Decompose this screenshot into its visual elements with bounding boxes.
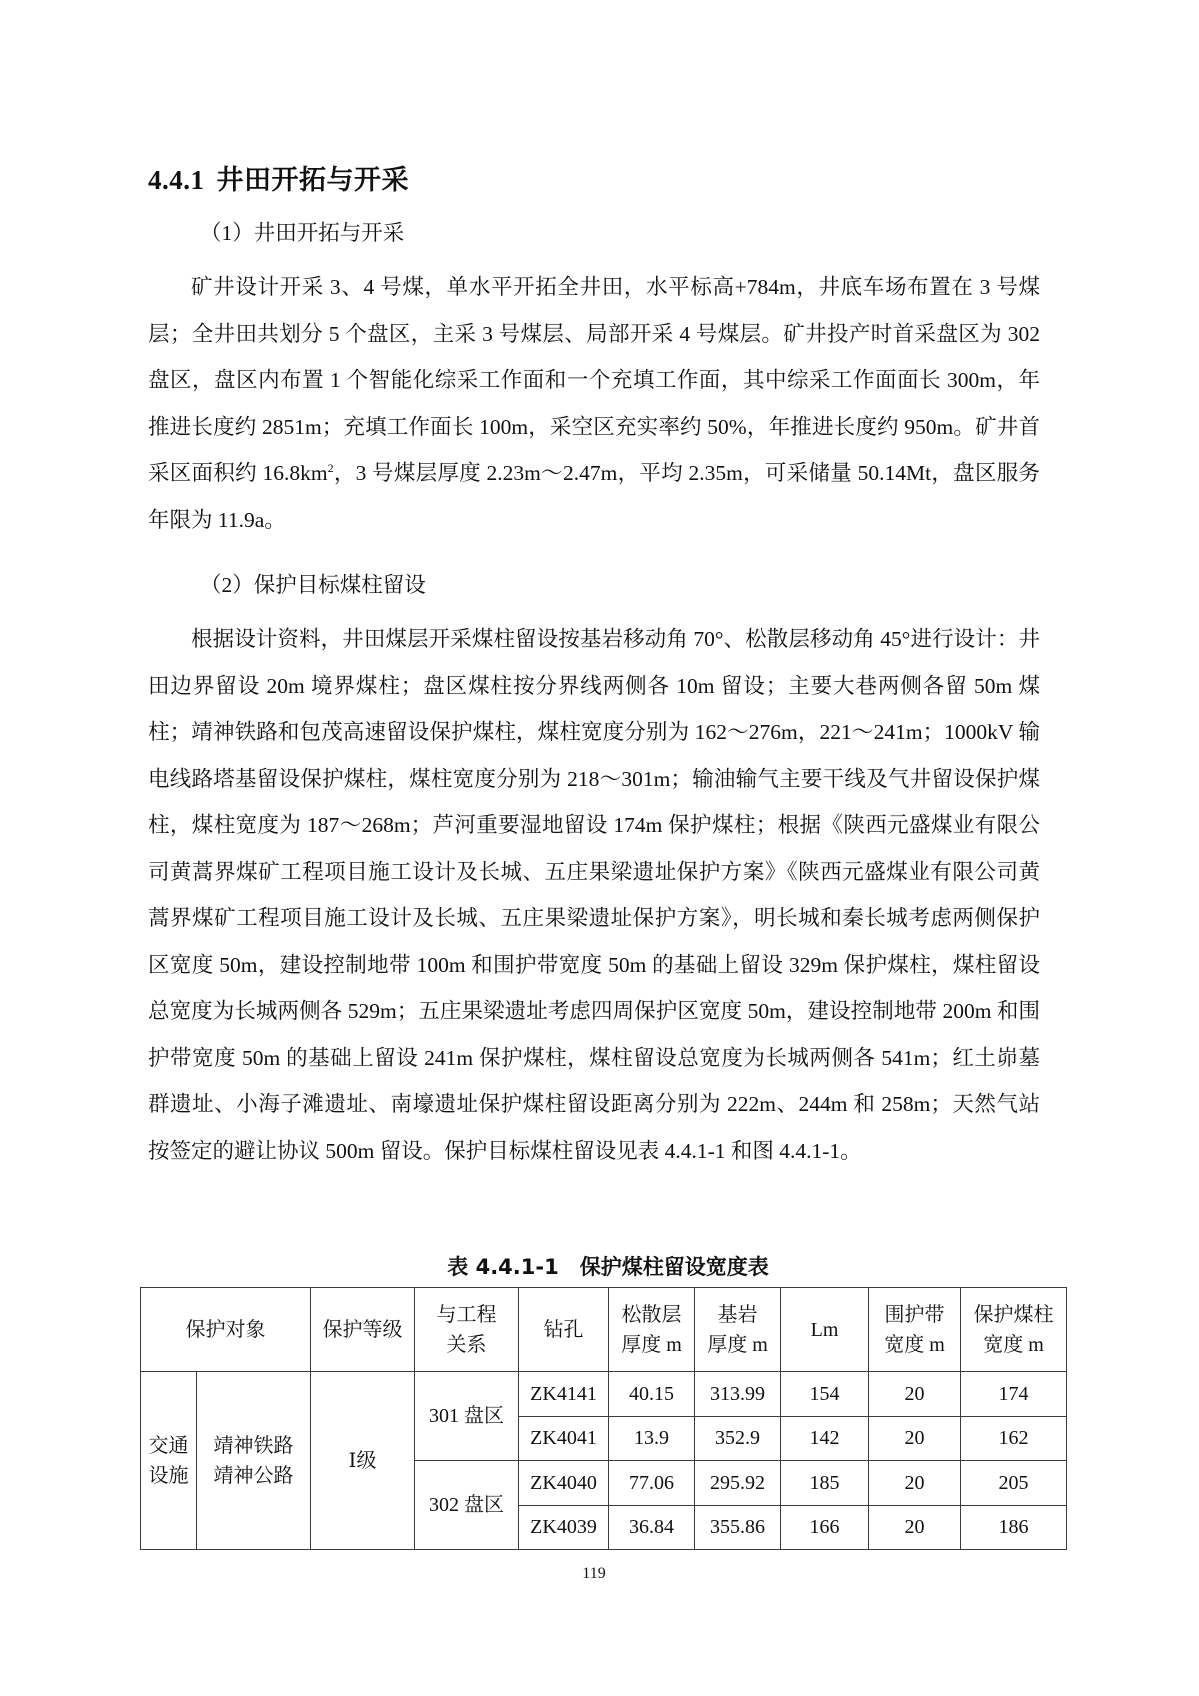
bedrock-cell: 355.86 (695, 1505, 781, 1550)
relation-cell: 301 盘区 (415, 1372, 519, 1461)
level-cell: Ⅰ级 (311, 1372, 415, 1550)
borehole-cell: ZK4141 (519, 1372, 609, 1417)
borehole-cell: ZK4041 (519, 1416, 609, 1461)
buffer-cell: 20 (869, 1372, 961, 1417)
category-cell: 交通 设施 (141, 1372, 197, 1550)
pillar-cell: 174 (961, 1372, 1067, 1417)
borehole-cell: ZK4039 (519, 1505, 609, 1550)
pillar-cell: 205 (961, 1461, 1067, 1506)
pillar-width-table: 保护对象 保护等级 与工程 关系 钻孔 松散层 厚度 m 基岩 厚度 m Lm … (140, 1287, 1067, 1550)
header-line: 松散层 (611, 1300, 692, 1330)
header-bedrock-thickness: 基岩 厚度 m (695, 1288, 781, 1372)
bedrock-cell: 352.9 (695, 1416, 781, 1461)
header-buffer-width: 围护带 宽度 m (869, 1288, 961, 1372)
header-line: 关系 (417, 1330, 516, 1360)
header-protect-object: 保护对象 (141, 1288, 311, 1372)
header-line: 厚度 m (611, 1330, 692, 1360)
header-line: 围护带 (871, 1300, 958, 1330)
header-protect-level: 保护等级 (311, 1288, 415, 1372)
header-line: 与工程 (417, 1300, 516, 1330)
loose-cell: 40.15 (609, 1372, 695, 1417)
lm-cell: 185 (781, 1461, 869, 1506)
cell-line: 靖神公路 (199, 1461, 308, 1491)
paragraph-pillar-design: 根据设计资料，井田煤层开采煤柱留设按基岩移动角 70°、松散层移动角 45°进行… (148, 616, 1040, 1174)
table-row: 交通 设施 靖神铁路 靖神公路 Ⅰ级 301 盘区 ZK4141 40.15 3… (141, 1372, 1067, 1417)
header-borehole: 钻孔 (519, 1288, 609, 1372)
cell-line: 靖神铁路 (199, 1431, 308, 1461)
lm-cell: 154 (781, 1372, 869, 1417)
header-line: 厚度 m (697, 1330, 778, 1360)
header-pillar-width: 保护煤柱 宽度 m (961, 1288, 1067, 1372)
section-number: 4.4.1 (148, 165, 205, 195)
header-line: 宽度 m (963, 1330, 1064, 1360)
subsection-heading-2: （2）保护目标煤柱留设 (200, 570, 426, 600)
header-line: 保护煤柱 (963, 1300, 1064, 1330)
paragraph-text: 矿井设计开采 3、4 号煤，单水平开拓全井田，水平标高+784m，井底车场布置在… (148, 275, 1040, 485)
header-relation: 与工程 关系 (415, 1288, 519, 1372)
paragraph-mining-development: 矿井设计开采 3、4 号煤，单水平开拓全井田，水平标高+784m，井底车场布置在… (148, 264, 1040, 543)
loose-cell: 36.84 (609, 1505, 695, 1550)
paragraph-text: 根据设计资料，井田煤层开采煤柱留设按基岩移动角 70°、松散层移动角 45°进行… (148, 616, 1040, 1174)
page-number: 119 (148, 1565, 1040, 1583)
object-cell: 靖神铁路 靖神公路 (197, 1372, 311, 1550)
buffer-cell: 20 (869, 1416, 961, 1461)
table-header-row: 保护对象 保护等级 与工程 关系 钻孔 松散层 厚度 m 基岩 厚度 m Lm … (141, 1288, 1067, 1372)
bedrock-cell: 295.92 (695, 1461, 781, 1506)
section-title: 井田开拓与开采 (217, 165, 410, 196)
loose-cell: 77.06 (609, 1461, 695, 1506)
buffer-cell: 20 (869, 1461, 961, 1506)
buffer-cell: 20 (869, 1505, 961, 1550)
subsection-heading-1: （1）井田开拓与开采 (200, 218, 404, 248)
cell-line: 设施 (143, 1461, 194, 1491)
bedrock-cell: 313.99 (695, 1372, 781, 1417)
table-caption: 表 4.4.1-1 保护煤柱留设宽度表 (148, 1252, 1068, 1282)
loose-cell: 13.9 (609, 1416, 695, 1461)
cell-line: 交通 (143, 1431, 194, 1461)
pillar-cell: 162 (961, 1416, 1067, 1461)
lm-cell: 166 (781, 1505, 869, 1550)
borehole-cell: ZK4040 (519, 1461, 609, 1506)
relation-cell: 302 盘区 (415, 1461, 519, 1550)
header-lm: Lm (781, 1288, 869, 1372)
lm-cell: 142 (781, 1416, 869, 1461)
header-loose-thickness: 松散层 厚度 m (609, 1288, 695, 1372)
header-line: 基岩 (697, 1300, 778, 1330)
section-heading: 4.4.1井田开拓与开采 (148, 158, 409, 197)
header-line: 宽度 m (871, 1330, 958, 1360)
pillar-cell: 186 (961, 1505, 1067, 1550)
